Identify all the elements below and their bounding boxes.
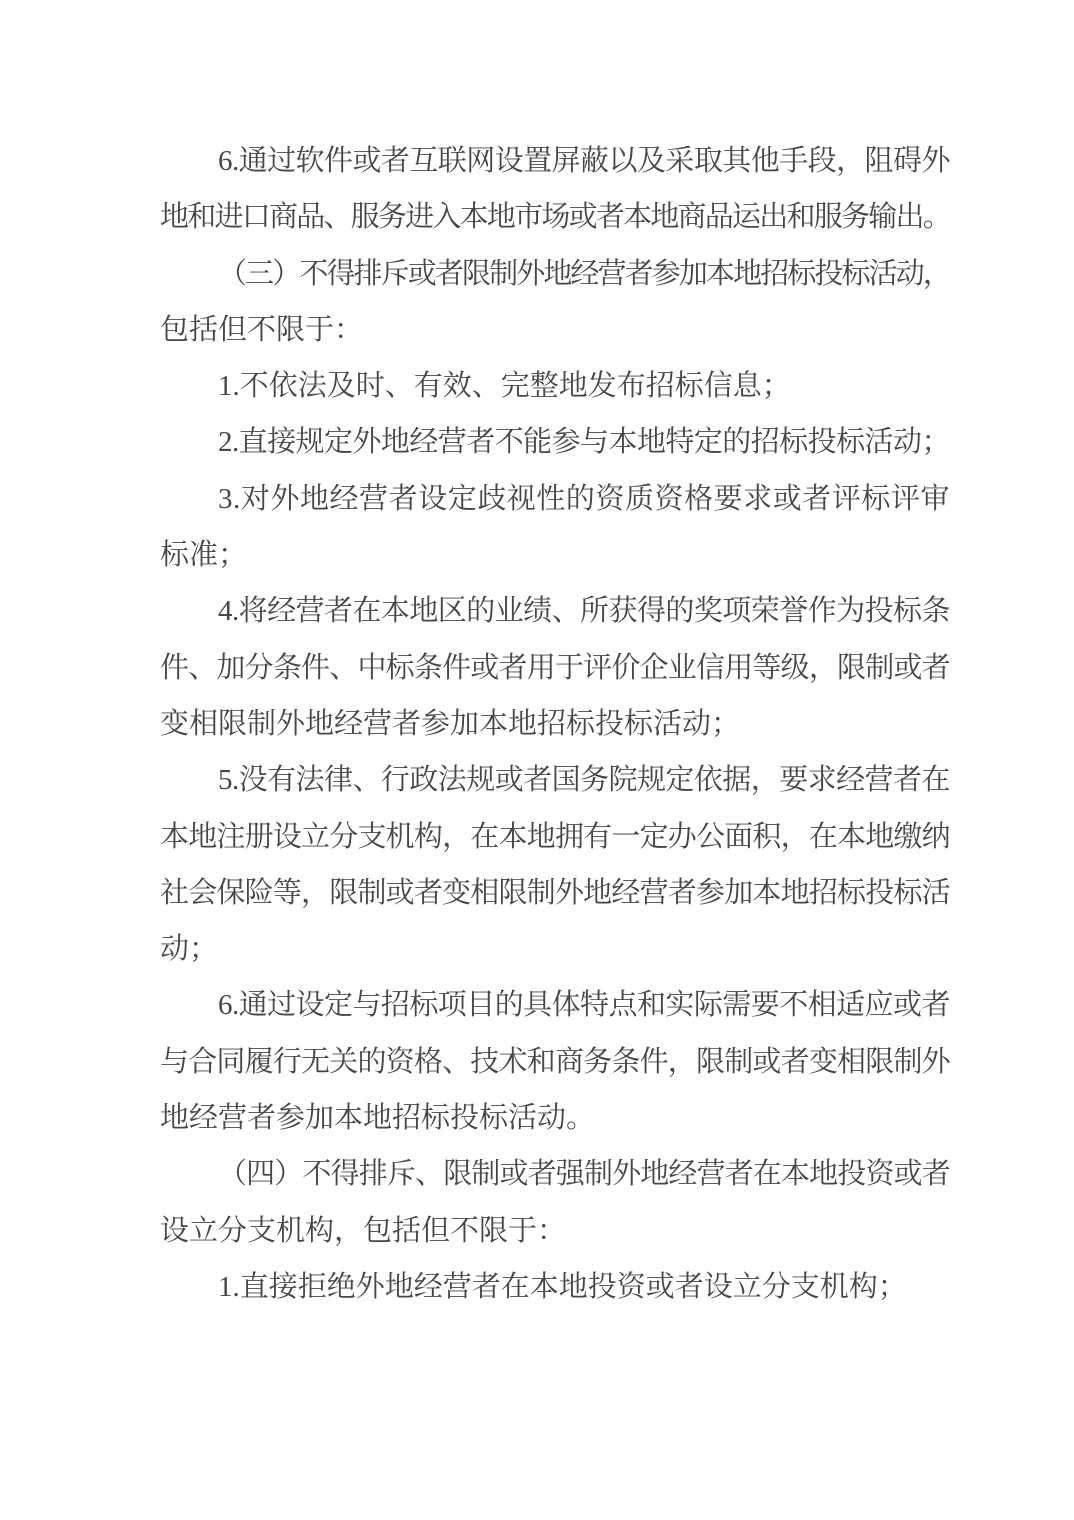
text-line: 件、加分条件、中标条件或者用于评价企业信用等级，限制或者 [160,640,950,696]
section-3-item-1: 1.不依法及时、有效、完整地发布招标信息； [160,358,950,414]
text-line-content: 2.直接规定外地经营者不能参与本地特定的招标投标活动； [218,414,950,470]
clause-2-item-6: 6.通过软件或者互联网设置屏蔽以及采取其他手段，阻碍外地和进口商品、服务进入本地… [160,133,950,246]
text-line-content: （三）不得排斥或者限制外地经营者参加本地招标投标活动， [218,246,950,302]
section-4-heading: （四）不得排斥、限制或者强制外地经营者在本地投资或者设立分支机构，包括但不限于： [160,1146,950,1259]
text-line-content: 6.通过设定与招标项目的具体特点和实际需要不相适应或者 [218,977,950,1033]
text-line: 1.直接拒绝外地经营者在本地投资或者设立分支机构； [160,1259,950,1315]
text-line: （四）不得排斥、限制或者强制外地经营者在本地投资或者 [160,1146,950,1202]
text-line: 5.没有法律、行政法规或者国务院规定依据，要求经营者在 [160,752,950,808]
text-line-content: 3.对外地经营者设定歧视性的资质资格要求或者评标评审 [218,471,950,527]
text-line-content: 变相限制外地经营者参加本地招标投标活动； [160,696,740,752]
section-3-item-3: 3.对外地经营者设定歧视性的资质资格要求或者评标评审标准； [160,471,950,584]
text-line: 设立分支机构，包括但不限于： [160,1203,950,1259]
section-3-item-6: 6.通过设定与招标项目的具体特点和实际需要不相适应或者与合同履行无关的资格、技术… [160,977,950,1146]
text-line-content: 设立分支机构，包括但不限于： [160,1203,566,1259]
section-4-item-1: 1.直接拒绝外地经营者在本地投资或者设立分支机构； [160,1259,950,1315]
section-3-item-5: 5.没有法律、行政法规或者国务院规定依据，要求经营者在本地注册设立分支机构，在本… [160,752,950,977]
text-line: 地和进口商品、服务进入本地市场或者本地商品运出和服务输出。 [160,189,950,245]
section-3-item-2: 2.直接规定外地经营者不能参与本地特定的招标投标活动； [160,414,950,470]
text-line: 3.对外地经营者设定歧视性的资质资格要求或者评标评审 [160,471,950,527]
section-3-item-4: 4.将经营者在本地区的业绩、所获得的奖项荣誉作为投标条件、加分条件、中标条件或者… [160,583,950,752]
text-line: 社会保险等，限制或者变相限制外地经营者参加本地招标投标活 [160,865,950,921]
text-line: 本地注册设立分支机构，在本地拥有一定办公面积，在本地缴纳 [160,809,950,865]
text-line: 包括但不限于： [160,302,950,358]
text-line-content: 包括但不限于： [160,302,363,358]
text-line-content: 与合同履行无关的资格、技术和商务条件，限制或者变相限制外 [160,1034,950,1090]
text-line: 2.直接规定外地经营者不能参与本地特定的招标投标活动； [160,414,950,470]
text-line: 1.不依法及时、有效、完整地发布招标信息； [160,358,950,414]
text-line-content: 4.将经营者在本地区的业绩、所获得的奖项荣誉作为投标条 [218,583,950,639]
document-page: 6.通过软件或者互联网设置屏蔽以及采取其他手段，阻碍外地和进口商品、服务进入本地… [0,0,1074,1520]
text-line-content: 本地注册设立分支机构，在本地拥有一定办公面积，在本地缴纳 [160,809,950,865]
text-line: 6.通过软件或者互联网设置屏蔽以及采取其他手段，阻碍外 [160,133,950,189]
text-line-content: 社会保险等，限制或者变相限制外地经营者参加本地招标投标活 [160,865,950,921]
text-line-content: （四）不得排斥、限制或者强制外地经营者在本地投资或者 [218,1146,950,1202]
text-line: 标准； [160,527,950,583]
text-line-content: 5.没有法律、行政法规或者国务院规定依据，要求经营者在 [218,752,950,808]
text-line: 与合同履行无关的资格、技术和商务条件，限制或者变相限制外 [160,1034,950,1090]
text-line: 地经营者参加本地招标投标活动。 [160,1090,950,1146]
text-line: 变相限制外地经营者参加本地招标投标活动； [160,696,950,752]
text-line-content: 动； [160,921,218,977]
text-line-content: 1.不依法及时、有效、完整地发布招标信息； [218,358,791,414]
document-body: 6.通过软件或者互联网设置屏蔽以及采取其他手段，阻碍外地和进口商品、服务进入本地… [160,133,950,1315]
text-line: 6.通过设定与招标项目的具体特点和实际需要不相适应或者 [160,977,950,1033]
text-line-content: 1.直接拒绝外地经营者在本地投资或者设立分支机构； [218,1259,907,1315]
text-line-content: 地经营者参加本地招标投标活动。 [160,1090,595,1146]
text-line-content: 件、加分条件、中标条件或者用于评价企业信用等级，限制或者 [160,640,950,696]
text-line: （三）不得排斥或者限制外地经营者参加本地招标投标活动， [160,246,950,302]
text-line: 动； [160,921,950,977]
text-line-content: 地和进口商品、服务进入本地市场或者本地商品运出和服务输出。 [160,189,950,245]
text-line-content: 6.通过软件或者互联网设置屏蔽以及采取其他手段，阻碍外 [218,133,950,189]
text-line-content: 标准； [160,527,247,583]
section-3-heading: （三）不得排斥或者限制外地经营者参加本地招标投标活动，包括但不限于： [160,246,950,359]
text-line: 4.将经营者在本地区的业绩、所获得的奖项荣誉作为投标条 [160,583,950,639]
